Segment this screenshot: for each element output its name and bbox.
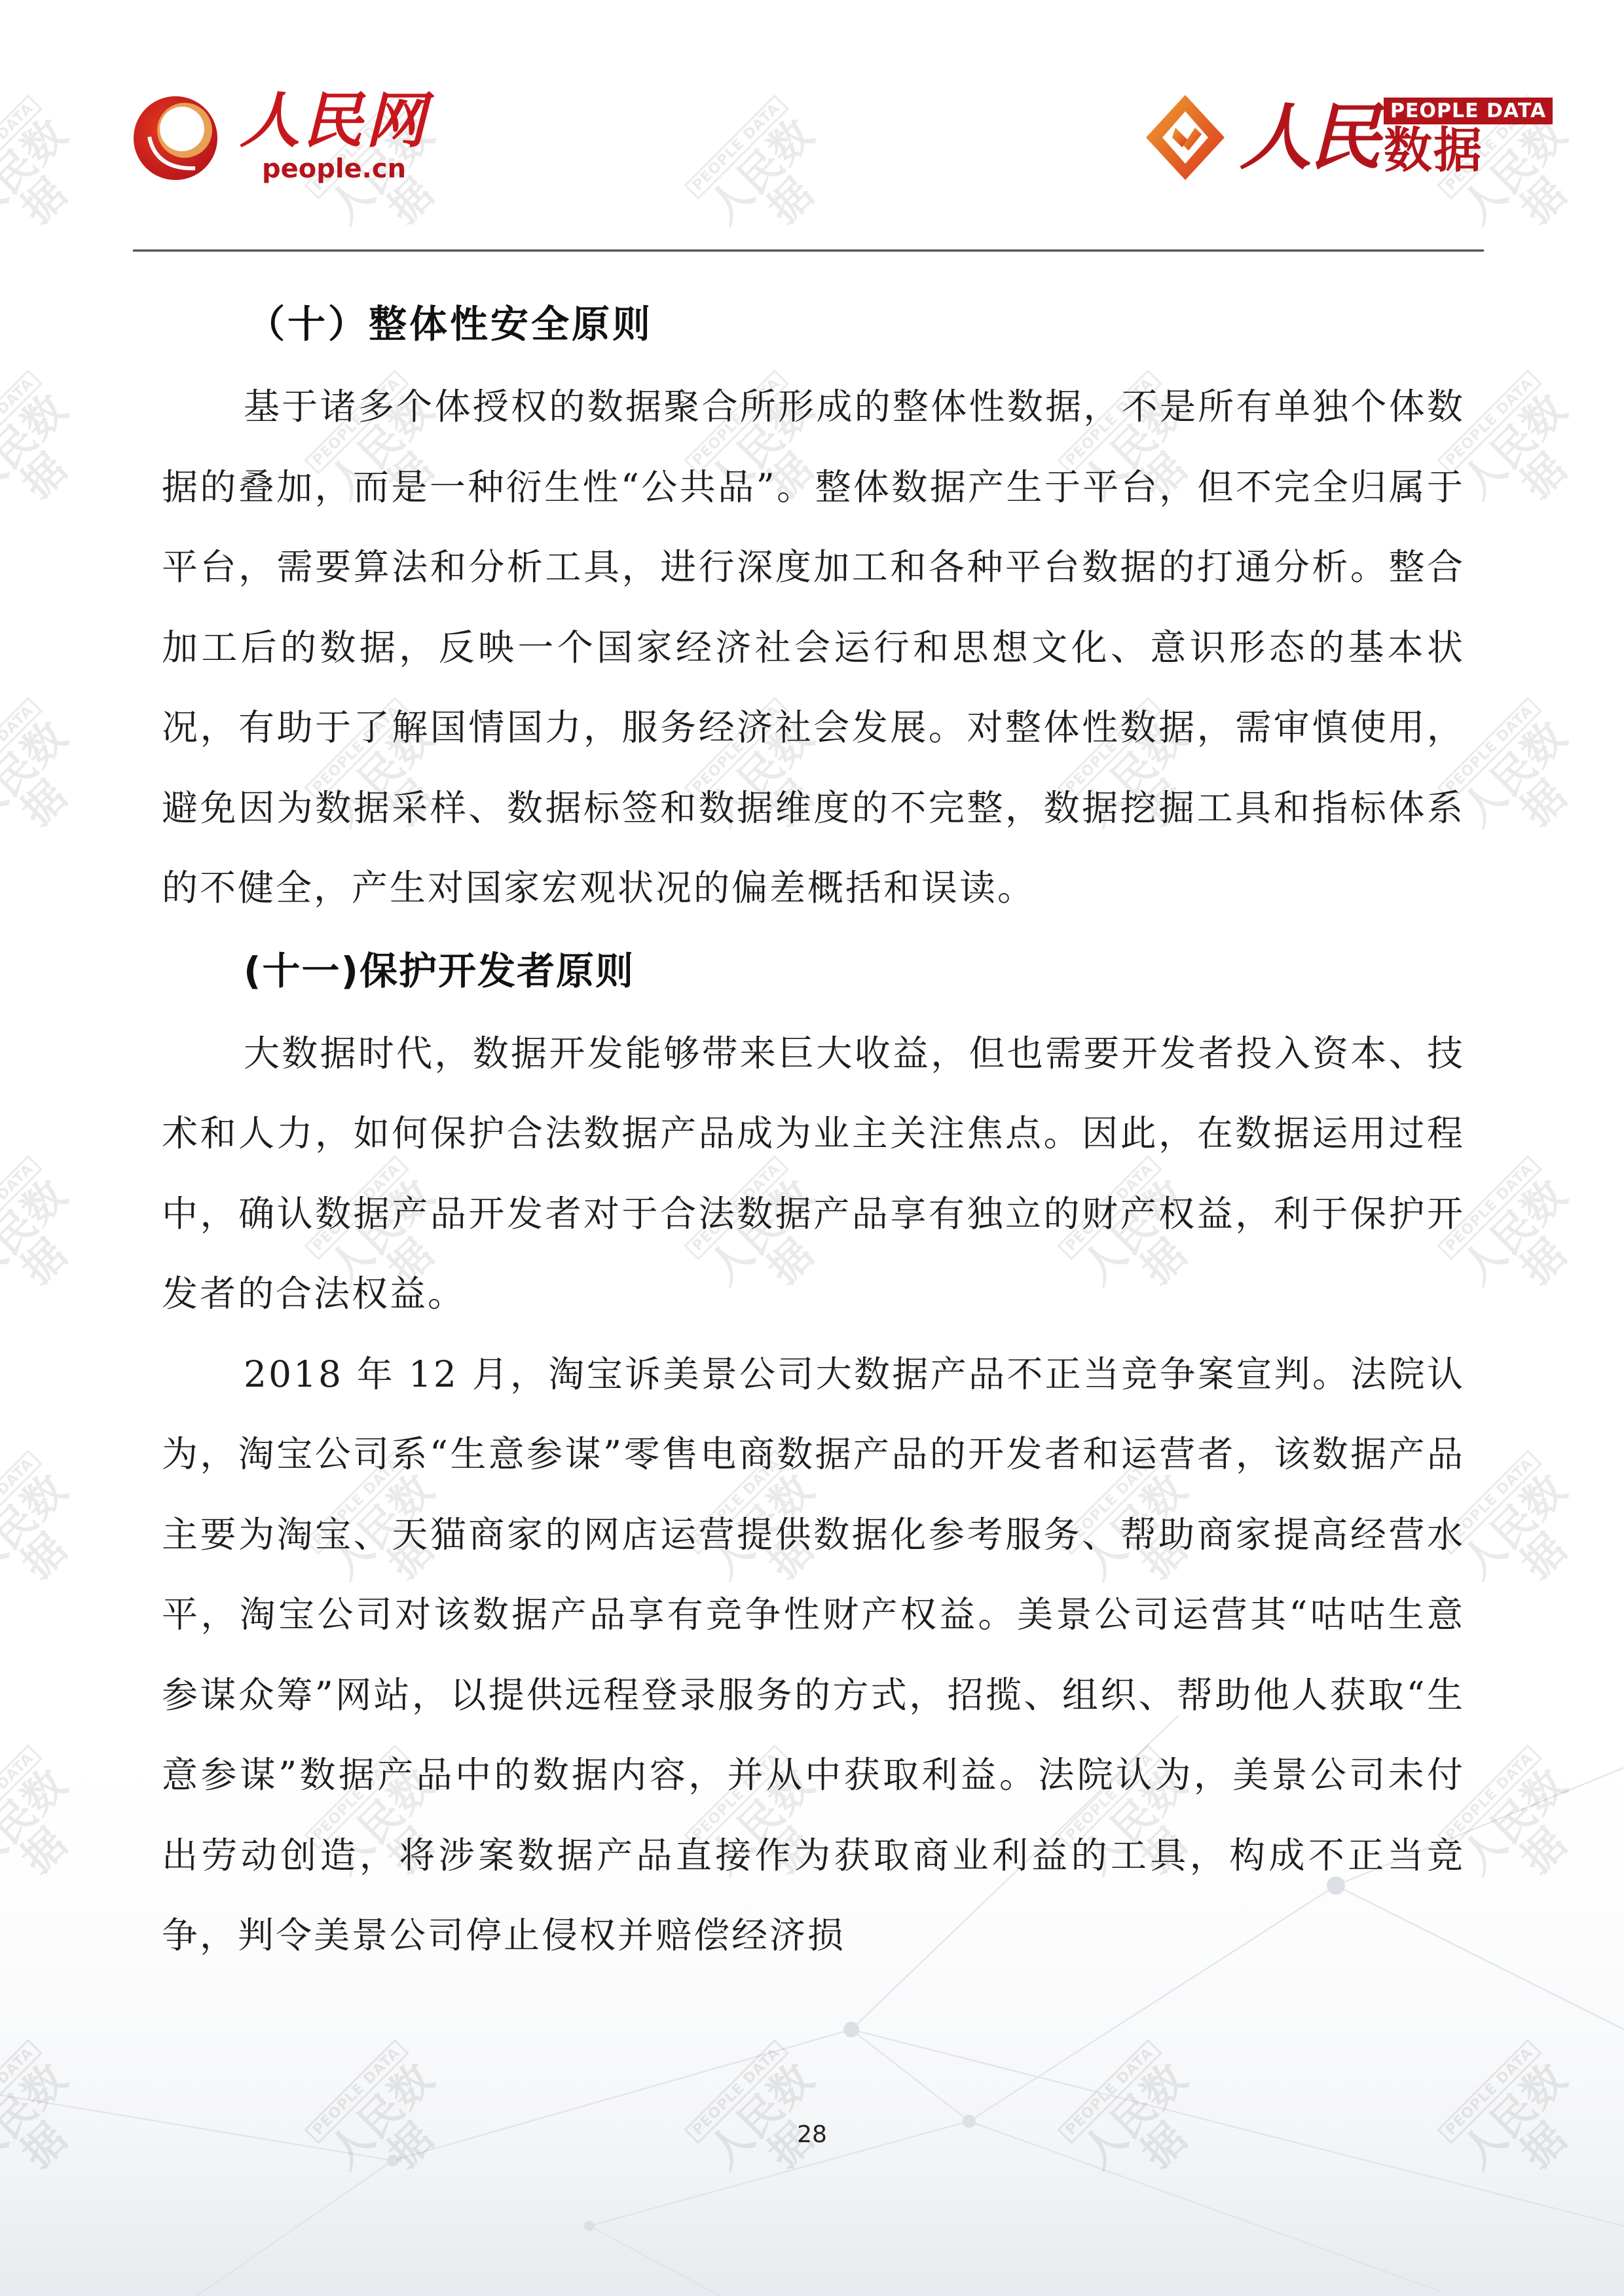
header-divider	[133, 249, 1484, 252]
document-body: （十）整体性安全原则 基于诸多个体授权的数据聚合所形成的整体性数据，不是所有单独…	[162, 282, 1465, 1976]
watermark: PEOPLE DATA人民数据	[0, 361, 143, 574]
watermark: PEOPLE DATA人民数据	[0, 689, 143, 902]
people-data-diamond-icon	[1143, 92, 1228, 183]
people-cn-domain: people.cn	[262, 155, 406, 183]
section-11-paragraph-2: 2018 年 12 月，淘宝诉美景公司大数据产品不正当竞争案宣判。法院认为，淘宝…	[162, 1334, 1465, 1976]
section-heading-11: (十一)保护开发者原则	[162, 928, 1465, 1013]
people-data-logo: 人民 PEOPLE DATA 数据	[1143, 92, 1553, 183]
section-11-paragraph-1: 大数据时代，数据开发能够带来巨大收益，但也需要开发者投入资本、技术和人力，如何保…	[162, 1013, 1465, 1334]
watermark: PEOPLE DATA人民数据	[0, 1147, 143, 1360]
watermark: PEOPLE DATA人民数据	[0, 1736, 143, 1949]
page-number: 28	[0, 2121, 1624, 2148]
section-10-paragraph: 基于诸多个体授权的数据聚合所形成的整体性数据，不是所有单独个体数据的叠加，而是一…	[162, 367, 1465, 928]
page-header: 人民网 people.cn 人民 PEOPLE DATA 数据	[0, 0, 1624, 255]
people-cn-logo: 人民网 people.cn	[130, 90, 428, 183]
people-cn-brand-name: 人民网	[240, 90, 428, 151]
people-data-brand-bold: 数据	[1384, 124, 1553, 177]
people-data-brand-italic: 人民	[1240, 101, 1378, 173]
people-data-badge: PEOPLE DATA	[1384, 98, 1553, 124]
people-cn-globe-icon	[130, 91, 221, 183]
watermark: PEOPLE DATA人民数据	[0, 1442, 143, 1654]
section-heading-10: （十）整体性安全原则	[162, 282, 1465, 367]
